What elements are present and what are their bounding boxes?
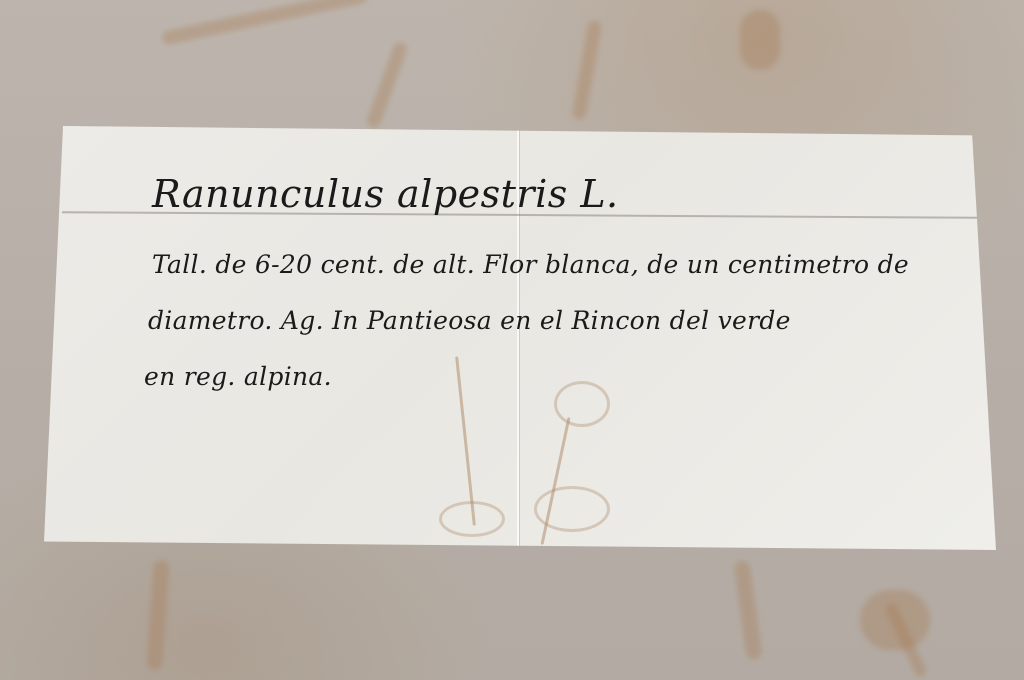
plant-stain bbox=[571, 20, 602, 121]
plant-stain bbox=[740, 10, 780, 70]
label-line-3: en reg. alpina. bbox=[144, 362, 332, 391]
plant-stain bbox=[161, 0, 369, 46]
plant-ghost-leaves bbox=[534, 486, 610, 532]
plant-stain bbox=[146, 560, 170, 671]
plant-stain bbox=[365, 40, 409, 129]
plant-ghost-leaves bbox=[439, 501, 505, 537]
plant-stain bbox=[733, 559, 763, 660]
label-line-1: Tall. de 6-20 cent. de alt. Flor blanca,… bbox=[152, 250, 909, 279]
specimen-label: Ranunculus alpestris L. Tall. de 6-20 ce… bbox=[44, 126, 996, 550]
species-name: Ranunculus alpestris L. bbox=[152, 172, 619, 216]
plant-ghost-flower bbox=[554, 381, 610, 427]
label-line-2: diametro. Ag. In Pantieosa en el Rincon … bbox=[148, 306, 791, 335]
